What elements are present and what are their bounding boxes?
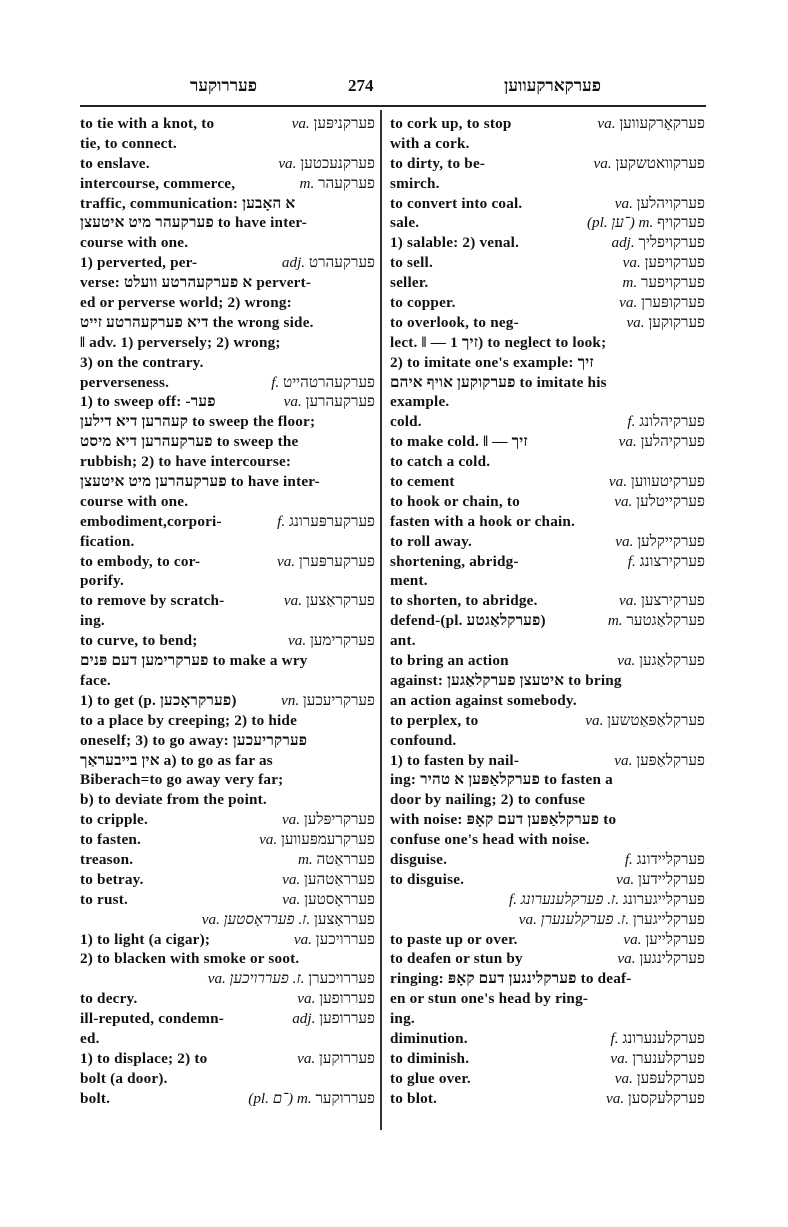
entry-headword-group: adj. פערקויפליך: [611, 233, 705, 253]
entry-text: smirch.: [390, 174, 440, 194]
dictionary-line: va. ז. פערראָסטען. פערראָצען: [80, 910, 375, 930]
right-column: to cork up, to stopva. פערקאָרקעוועןwith…: [390, 114, 705, 1109]
dictionary-line: diminution.f. פערקלענערונג: [390, 1029, 705, 1049]
entry-text: shortening, abridg-: [390, 552, 519, 572]
headword: פערקלענערונג: [622, 1030, 705, 1047]
grammar-label: va.: [288, 632, 306, 649]
entry-headword-group: m. פערראַטה: [298, 850, 375, 870]
entry-text: to bring an action: [390, 651, 509, 671]
dictionary-line: to tie with a knot, tova. פערקניפּען: [80, 114, 375, 134]
entry-text: porify.: [80, 571, 124, 591]
dictionary-line: 1) to get (p. פערקראָכען)vn. פערקריעכען: [80, 691, 375, 711]
entry-text: פערקעהר מיט איטעצן to have inter-: [80, 213, 307, 233]
dictionary-line: with noise: פערקלאַפּען דעם קאָפּ to: [390, 810, 705, 830]
headword: פעררוקער: [315, 1090, 375, 1107]
grammar-label: m.: [298, 851, 313, 868]
dictionary-line: to sell.va. פערקויפען: [390, 253, 705, 273]
entry-text: to shorten, to abridge.: [390, 591, 538, 611]
grammar-label: (pl. ־ם) m.: [248, 1090, 311, 1107]
dictionary-line: 3) on the contrary.: [80, 353, 375, 373]
dictionary-line: course with one.: [80, 492, 375, 512]
dictionary-line: to diminish.va. פערקלענערן: [390, 1049, 705, 1069]
dictionary-line: course with one.: [80, 233, 375, 253]
entry-text: sale.: [390, 213, 419, 233]
headword: פעררויכערן: [308, 970, 375, 987]
entry-text: to blot.: [390, 1089, 437, 1109]
entry-headword-group: va. פערקלאַפּאַטשען: [585, 711, 705, 731]
dictionary-line: to rust.va. פערראָסטען: [80, 890, 375, 910]
dictionary-line: פערקוקען אויף איהם to imitate his: [390, 373, 705, 393]
dictionary-line: shortening, abridg-f. פערקירצונג: [390, 552, 705, 572]
dictionary-line: ing.: [390, 1009, 705, 1029]
entry-text: פערקוקען אויף איהם to imitate his: [390, 373, 607, 393]
entry-headword-group: va. פערקויהלען: [615, 194, 705, 214]
dictionary-line: embodiment,corpori-f. פערקערפּערונג: [80, 512, 375, 532]
entry-headword-group: va. פערקעהרען: [284, 392, 375, 412]
entry-text: ment.: [390, 571, 428, 591]
entry-text: to remove by scratch-: [80, 591, 224, 611]
grammar-label: va.: [609, 473, 627, 490]
headword: פערקרימען: [310, 632, 375, 649]
entry-text: קעהרען דיא דילען to sweep the floor;: [80, 412, 315, 432]
dictionary-line: 1) to sweep off: -פערva. פערקעהרען: [80, 392, 375, 412]
headword: פערקוואטשקען: [615, 155, 705, 172]
dictionary-line: va. ז. פערקלענערן. פערקלייגערן: [390, 910, 705, 930]
entry-text: verse: א פערקעהרטע וועלט pervert-: [80, 273, 311, 293]
left-guide-word: פעררוקער: [190, 76, 257, 96]
headword: פערקלייגערונג: [623, 891, 705, 908]
entry-text: to deafen or stun by: [390, 949, 523, 969]
dictionary-line: פערקעהרען דיא מיסט to sweep the: [80, 432, 375, 452]
entry-text: to tie with a knot, to: [80, 114, 214, 134]
dictionary-line: to copper.va. פערקופּערן: [390, 293, 705, 313]
dictionary-line: ill-reputed, condemn-adj. פעררופען: [80, 1009, 375, 1029]
dictionary-line: seller.m. פערקויפער: [390, 273, 705, 293]
entry-text: course with one.: [80, 233, 188, 253]
headword: פערקלאַפּאַטשען: [607, 712, 705, 729]
entry-text: 1) to sweep off: -פער: [80, 392, 216, 412]
entry-headword-group: va. פערקלאַגען: [617, 651, 705, 671]
grammar-label: va.: [597, 115, 615, 132]
entry-headword-group: f. פערקלענערונג: [611, 1029, 706, 1049]
grammar-label: f.: [271, 374, 279, 391]
grammar-label: va.: [278, 155, 296, 172]
dictionary-line: oneself; 3) to go away: פערקריעכען: [80, 731, 375, 751]
grammar-label: va.: [606, 1090, 624, 1107]
entry-text: אין בייבעראַך a) to go as far as: [80, 751, 273, 771]
dictionary-line: porify.: [80, 571, 375, 591]
grammar-label: va.: [282, 891, 300, 908]
dictionary-line: b) to deviate from the point.: [80, 790, 375, 810]
dictionary-line: confuse one's head with noise.: [390, 830, 705, 850]
grammar-label: va.: [623, 254, 641, 271]
entry-text: to a place by creeping; 2) to hide: [80, 711, 297, 731]
entry-headword-group: va. פעררוקען: [297, 1049, 375, 1069]
entry-headword-group: va. ז. פערקלענערן. פערקלייגערן: [519, 910, 705, 930]
grammar-label: va.: [626, 314, 644, 331]
entry-text: with noise: פערקלאַפּען דעם קאָפּ to: [390, 810, 616, 830]
dictionary-line: to glue over.va. פערקלעפּען: [390, 1069, 705, 1089]
dictionary-line: to cementva. פערקיטעווען: [390, 472, 705, 492]
headword: פערקליידען: [638, 871, 705, 888]
entry-headword-group: va. פערקוקען: [626, 313, 705, 333]
headword: פערקראַצען: [306, 592, 375, 609]
dictionary-line: to deafen or stun byva. פערקלינגען: [390, 949, 705, 969]
entry-text: fasten with a hook or chain.: [390, 512, 575, 532]
entry-headword-group: va. פערקלינגען: [617, 949, 705, 969]
headword: פערקלענערן: [632, 1050, 705, 1067]
dictionary-line: 1) salable: 2) venal.adj. פערקויפליך: [390, 233, 705, 253]
dictionary-line: 1) to fasten by nail-va. פערקלאַפּען: [390, 751, 705, 771]
grammar-label: va.: [297, 1050, 315, 1067]
dictionary-line: perverseness.f. פערקעהרטהייט: [80, 373, 375, 393]
entry-headword-group: va. פערקרימען: [288, 631, 375, 651]
entry-text: oneself; 3) to go away: פערקריעכען: [80, 731, 307, 751]
headword: פערקריעכען: [303, 692, 375, 709]
entry-headword-group: va. פערקלאַפּען: [614, 751, 705, 771]
dictionary-line: to make cold. ‖ — זיךva. פערקיהלען: [390, 432, 705, 452]
entry-text: to catch a cold.: [390, 452, 490, 472]
entry-text: 2) to blacken with smoke or soot.: [80, 949, 299, 969]
dictionary-line: ed or perverse world; 2) wrong:: [80, 293, 375, 313]
headword: פערקנעכטען: [300, 155, 375, 172]
entry-headword-group: f. פערקליידונג: [625, 850, 705, 870]
dictionary-line: to convert into coal.va. פערקויהלען: [390, 194, 705, 214]
headword: פערקלאַגען: [639, 652, 705, 669]
dictionary-line: to dirty, to be-va. פערקוואטשקען: [390, 154, 705, 174]
entry-text: cold.: [390, 412, 422, 432]
dictionary-line: rubbish; 2) to have intercourse:: [80, 452, 375, 472]
dictionary-line: פערקרימען דעם פּנים to make a wry: [80, 651, 375, 671]
entry-text: to decry.: [80, 989, 137, 1009]
entry-headword-group: va. פערקיהלען: [619, 432, 705, 452]
grammar-label: va.: [294, 931, 312, 948]
entry-text: to hook or chain, to: [390, 492, 520, 512]
dictionary-line: ment.: [390, 571, 705, 591]
headword: פערקירצונג: [640, 553, 705, 570]
entry-text: פערקעהרען מיט איטעצן to have inter-: [80, 472, 320, 492]
entry-headword-group: va. פערקריפּלען: [282, 810, 375, 830]
dictionary-line: f. ז. פערקלענערונג. פערקלייגערונג: [390, 890, 705, 910]
entry-headword-group: va. פערקלייען: [623, 930, 705, 950]
entry-text: פערקעהרען דיא מיסט to sweep the: [80, 432, 298, 452]
entry-text: to embody, to cor-: [80, 552, 200, 572]
headword: פערקוקען: [648, 314, 705, 331]
grammar-label: f.: [628, 553, 636, 570]
grammar-label: va.: [623, 931, 641, 948]
dictionary-line: to disguise.va. פערקליידען: [390, 870, 705, 890]
grammar-label: va.: [619, 433, 637, 450]
entry-text: course with one.: [80, 492, 188, 512]
headword: פערקריפּלען: [304, 811, 375, 828]
headword: פעררוקען: [319, 1050, 375, 1067]
headword: פערקרעמפּעווען: [281, 831, 375, 848]
dictionary-line: an action against somebody.: [390, 691, 705, 711]
entry-text: ing.: [390, 1009, 415, 1029]
entry-text: ant.: [390, 631, 416, 651]
dictionary-line: קעהרען דיא דילען to sweep the floor;: [80, 412, 375, 432]
dictionary-line: to bring an actionva. פערקלאַגען: [390, 651, 705, 671]
grammar-label: f.: [627, 413, 635, 430]
entry-text: 1) to displace; 2) to: [80, 1049, 207, 1069]
headword: פערקויפער: [641, 274, 705, 291]
headword: פערראָצען: [314, 911, 375, 928]
entry-text: 1) to get (p. פערקראָכען): [80, 691, 237, 711]
headword: פערראַטהען: [304, 871, 375, 888]
column-divider: [380, 110, 382, 1130]
entry-text: to betray.: [80, 870, 144, 890]
right-guide-word: פערקארקעווען: [504, 76, 601, 96]
dictionary-line: defend-(pl. פערקלאַגטע)m. פערקלאַגטער: [390, 611, 705, 631]
entry-headword-group: f. פערקעהרטהייט: [271, 373, 375, 393]
headword: פערקלאַפּען: [636, 752, 705, 769]
dictionary-line: to catch a cold.: [390, 452, 705, 472]
dictionary-line: to blot.va. פערקלעקסען: [390, 1089, 705, 1109]
entry-headword-group: va. פערקליידען: [616, 870, 705, 890]
entry-text: to disguise.: [390, 870, 464, 890]
headword: פערקערפּערן: [299, 553, 375, 570]
dictionary-line: 1) to light (a cigar);va. פעררויכען: [80, 930, 375, 950]
entry-headword-group: m. פערקעהר: [300, 174, 376, 194]
dictionary-line: to fasten.va. פערקרעמפּעווען: [80, 830, 375, 850]
dictionary-line: verse: א פערקעהרטע וועלט pervert-: [80, 273, 375, 293]
entry-headword-group: va. פערראָסטען: [282, 890, 375, 910]
dictionary-line: to roll away.va. פערקייקלען: [390, 532, 705, 552]
entry-text: Biberach=to go away very far;: [80, 770, 283, 790]
grammar-label: va.: [259, 831, 277, 848]
entry-text: to glue over.: [390, 1069, 471, 1089]
dictionary-line: פערקעהר מיט איטעצן to have inter-: [80, 213, 375, 233]
dictionary-line: 2) to imitate one's example: זיך: [390, 353, 705, 373]
headword: פערקעהר: [318, 175, 375, 192]
dictionary-line: to hook or chain, tova. פערקייטלען: [390, 492, 705, 512]
dictionary-line: treason.m. פערראַטה: [80, 850, 375, 870]
entry-headword-group: va. פערקאָרקעווען: [597, 114, 705, 134]
entry-text: ringing: פערקלינגען דעם קאָפּ to deaf-: [390, 969, 632, 989]
entry-text: against: איטעצן פערקלאַגען to bring: [390, 671, 622, 691]
entry-text: to copper.: [390, 293, 456, 313]
headword: פערקלייגערן: [633, 911, 705, 928]
dictionary-line: sale.(pl. ־ען) m. פערקויף: [390, 213, 705, 233]
dictionary-line: אין בייבעראַך a) to go as far as: [80, 751, 375, 771]
dictionary-line: to embody, to cor-va. פערקערפּערן: [80, 552, 375, 572]
entry-text: treason.: [80, 850, 133, 870]
entry-text: 1) salable: 2) venal.: [390, 233, 519, 253]
entry-text: to paste up or over.: [390, 930, 518, 950]
headword: פעררופען: [319, 1010, 375, 1027]
page-header: פעררוקער 274 פערקארקעווען: [80, 74, 706, 102]
entry-text: door by nailing; 2) to confuse: [390, 790, 585, 810]
entry-text: an action against somebody.: [390, 691, 577, 711]
dictionary-line: 1) perverted, per-adj. פערקעהרט: [80, 253, 375, 273]
entry-text: to diminish.: [390, 1049, 469, 1069]
entry-headword-group: va. פערקנעכטען: [278, 154, 375, 174]
headword: פערראַטה: [317, 851, 376, 868]
entry-text: to overlook, to neg-: [390, 313, 519, 333]
dictionary-line: example.: [390, 392, 705, 412]
dictionary-line: traffic, communication: א האָבען: [80, 194, 375, 214]
dictionary-line: ringing: פערקלינגען דעם קאָפּ to deaf-: [390, 969, 705, 989]
dictionary-line: to betray.va. פערראַטהען: [80, 870, 375, 890]
entry-headword-group: va. ז. פערראָסטען. פערראָצען: [202, 910, 375, 930]
entry-text: diminution.: [390, 1029, 468, 1049]
entry-text: tie, to connect.: [80, 134, 177, 154]
grammar-label: va.: [284, 393, 302, 410]
dictionary-line: to enslave.va. פערקנעכטען: [80, 154, 375, 174]
entry-text: ill-reputed, condemn-: [80, 1009, 224, 1029]
headword: פערקאָרקעווען: [619, 115, 705, 132]
dictionary-line: cold.f. פערקיהלונג: [390, 412, 705, 432]
entry-text: 1) perverted, per-: [80, 253, 197, 273]
dictionary-line: to curve, to bend;va. פערקרימען: [80, 631, 375, 651]
dictionary-line: to shorten, to abridge.va. פערקירצען: [390, 591, 705, 611]
headword: פערקופּערן: [641, 294, 705, 311]
entry-text: bolt (a door).: [80, 1069, 168, 1089]
entry-text: 1) to light (a cigar);: [80, 930, 210, 950]
headword: פערקיהלען: [641, 433, 705, 450]
dictionary-line: to overlook, to neg-va. פערקוקען: [390, 313, 705, 333]
entry-text: intercourse, commerce,: [80, 174, 235, 194]
entry-headword-group: va. פערקירצען: [619, 591, 705, 611]
dictionary-line: intercourse, commerce,m. פערקעהר: [80, 174, 375, 194]
grammar-label: va.: [619, 294, 637, 311]
entry-text: ‖ adv. 1) perversely; 2) wrong;: [80, 333, 281, 353]
grammar-label: va.: [615, 195, 633, 212]
dictionary-line: to cork up, to stopva. פערקאָרקעווען: [390, 114, 705, 134]
grammar-label: va.: [617, 950, 635, 967]
entry-headword-group: va. פערקיטעווען: [609, 472, 705, 492]
dictionary-line: 1) to displace; 2) tova. פעררוקען: [80, 1049, 375, 1069]
dictionary-line: tie, to connect.: [80, 134, 375, 154]
headword: פערראָסטען: [304, 891, 375, 908]
headword: פערקירצען: [641, 592, 705, 609]
grammar-label: f.: [625, 851, 633, 868]
grammar-label: va.: [282, 811, 300, 828]
entry-text: 2) to imitate one's example: זיך: [390, 353, 594, 373]
entry-headword-group: adj. פעררופען: [292, 1009, 375, 1029]
dictionary-line: confound.: [390, 731, 705, 751]
entry-text: to roll away.: [390, 532, 472, 552]
dictionary-line: Biberach=to go away very far;: [80, 770, 375, 790]
entry-headword-group: vn. פערקריעכען: [281, 691, 375, 711]
grammar-label: vn.: [281, 692, 299, 709]
entry-text: פערקרימען דעם פּנים to make a wry: [80, 651, 308, 671]
grammar-label: va. ז. פעררויכען.: [208, 970, 305, 987]
entry-headword-group: f. פערקירצונג: [628, 552, 705, 572]
grammar-label: va.: [614, 752, 632, 769]
headword: פערקויף: [657, 214, 705, 231]
entry-text: ing: פערקלאַפּען א טהיר to fasten a: [390, 770, 613, 790]
headword: פערקניפּען: [314, 115, 375, 132]
dictionary-line: face.: [80, 671, 375, 691]
entry-headword-group: va. פערראַטהען: [282, 870, 375, 890]
grammar-label: va.: [277, 553, 295, 570]
headword: פערקיטעווען: [631, 473, 705, 490]
entry-headword-group: m. פערקלאַגטער: [608, 611, 705, 631]
dictionary-line: with a cork.: [390, 134, 705, 154]
entry-text: b) to deviate from the point.: [80, 790, 267, 810]
dictionary-line: against: איטעצן פערקלאַגען to bring: [390, 671, 705, 691]
entry-text: to make cold. ‖ — זיך: [390, 432, 528, 452]
entry-headword-group: va. פערקויפען: [623, 253, 705, 273]
entry-text: 3) on the contrary.: [80, 353, 204, 373]
headword: פערקעהרען: [306, 393, 375, 410]
entry-headword-group: va. פערקערפּערן: [277, 552, 375, 572]
entry-text: ed or perverse world; 2) wrong:: [80, 293, 292, 313]
grammar-label: adj.: [282, 254, 305, 271]
entry-headword-group: (pl. ־ם) m. פעררוקער: [248, 1089, 375, 1109]
entry-headword-group: va. פערקניפּען: [292, 114, 375, 134]
headword: פערקעהרט: [309, 254, 375, 271]
grammar-label: adj.: [611, 234, 634, 251]
dictionary-line: to perplex, tova. פערקלאַפּאַטשען: [390, 711, 705, 731]
entry-text: to convert into coal.: [390, 194, 522, 214]
headword: פערקיהלונג: [639, 413, 705, 430]
entry-headword-group: va. ז. פעררויכען. פעררויכערן: [208, 969, 375, 989]
grammar-label: va.: [284, 592, 302, 609]
headword: פערקויפען: [645, 254, 705, 271]
headword: פערקויהלען: [637, 195, 705, 212]
entry-text: to fasten.: [80, 830, 141, 850]
dictionary-line: ‖ adv. 1) perversely; 2) wrong;: [80, 333, 375, 353]
entry-text: defend-(pl. פערקלאַגטע): [390, 611, 546, 631]
grammar-label: va.: [282, 871, 300, 888]
dictionary-line: to decry.va. פעררופען: [80, 989, 375, 1009]
entry-text: face.: [80, 671, 111, 691]
headword: פערקערפּערונג: [289, 513, 375, 530]
headword: פערקייטלען: [636, 493, 705, 510]
entry-text: to enslave.: [80, 154, 150, 174]
grammar-label: f.: [277, 513, 285, 530]
dictionary-line: 2) to blacken with smoke or soot.: [80, 949, 375, 969]
page-number: 274: [348, 76, 374, 96]
dictionary-line: disguise.f. פערקליידונג: [390, 850, 705, 870]
header-rule: [80, 105, 706, 107]
grammar-label: va.: [616, 871, 634, 888]
grammar-label: va.: [619, 592, 637, 609]
grammar-label: va.: [615, 533, 633, 550]
dictionary-line: ing: פערקלאַפּען א טהיר to fasten a: [390, 770, 705, 790]
headword: פעררויכען: [316, 931, 375, 948]
grammar-label: va.: [610, 1050, 628, 1067]
entry-text: to cripple.: [80, 810, 148, 830]
entry-headword-group: va. פערקייטלען: [614, 492, 705, 512]
entry-headword-group: m. פערקויפער: [622, 273, 705, 293]
headword: פערקעהרטהייט: [283, 374, 375, 391]
headword: פעררופען: [319, 990, 375, 1007]
dictionary-line: en or stun one's head by ring-: [390, 989, 705, 1009]
entry-text: traffic, communication: א האָבען: [80, 194, 295, 214]
headword: פערקליידונג: [637, 851, 705, 868]
entry-text: fication.: [80, 532, 135, 552]
entry-text: to perplex, to: [390, 711, 478, 731]
entry-headword-group: va. פעררופען: [297, 989, 375, 1009]
entry-text: embodiment,corpori-: [80, 512, 222, 532]
dictionary-line: to paste up or over.va. פערקלייען: [390, 930, 705, 950]
entry-text: 1) to fasten by nail-: [390, 751, 519, 771]
headword: פערקלעקסען: [628, 1090, 705, 1107]
grammar-label: va.: [617, 652, 635, 669]
grammar-label: adj.: [292, 1010, 315, 1027]
entry-text: rubbish; 2) to have intercourse:: [80, 452, 291, 472]
entry-headword-group: va. פערקרעמפּעווען: [259, 830, 375, 850]
entry-headword-group: adj. פערקעהרט: [282, 253, 375, 273]
entry-text: with a cork.: [390, 134, 470, 154]
entry-headword-group: va. פערקראַצען: [284, 591, 375, 611]
entry-text: ing.: [80, 611, 105, 631]
grammar-label: va. ז. פערראָסטען.: [202, 911, 310, 928]
entry-text: disguise.: [390, 850, 447, 870]
